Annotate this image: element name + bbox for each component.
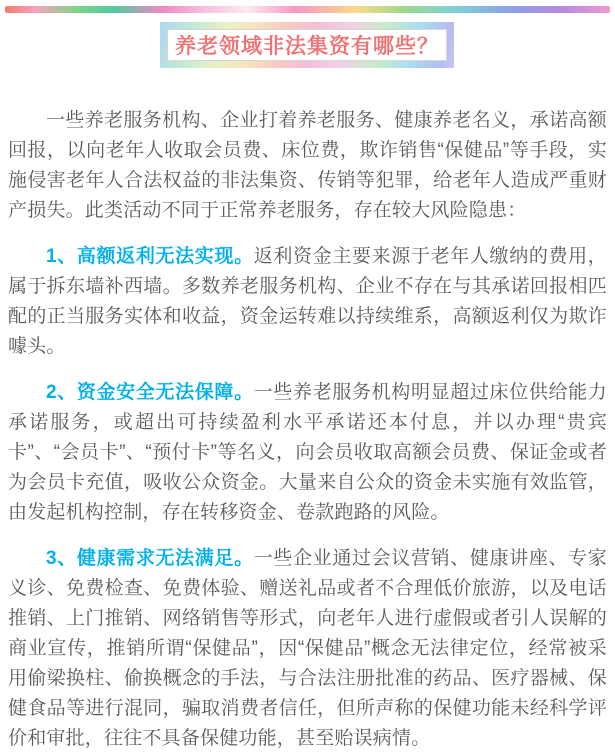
section-paragraph-3: 3、健康需求无法满足。一些企业通过会议营销、健康讲座、专家义诊、免费检查、免费体… (8, 544, 607, 754)
article-body: 一些养老服务机构、企业打着养老服务、健康养老名义，承诺高额回报，以向老年人收取会… (8, 68, 607, 754)
article-page: 养老领域非法集资有哪些？ 一些养老服务机构、企业打着养老服务、健康养老名义，承诺… (0, 0, 615, 755)
section-body-3: 一些企业通过会议营销、健康讲座、专家义诊、免费检查、免费体验、赠送礼品或者不合理… (8, 548, 607, 749)
section-heading-2: 2、资金安全无法保障。 (46, 382, 254, 403)
section-paragraph-2: 2、资金安全无法保障。一些养老服务机构明显超过床位供给能力承诺服务，或超出可持续… (8, 378, 607, 528)
rainbow-divider-bar (5, 6, 610, 13)
title-box-inner: 养老领域非法集资有哪些？ (167, 29, 447, 61)
section-heading-3: 3、健康需求无法满足。 (46, 548, 254, 569)
title-box: 养老领域非法集资有哪些？ (160, 22, 454, 68)
section-body-2: 一些养老服务机构明显超过床位供给能力承诺服务，或超出可持续盈利水平承诺还本付息，… (8, 382, 607, 523)
page-title: 养老领域非法集资有哪些？ (175, 30, 439, 60)
section-heading-1: 1、高额返利无法实现。 (46, 246, 254, 267)
section-paragraph-1: 1、高额返利无法实现。返利资金主要来源于老年人缴纳的费用，属于拆东墙补西墙。多数… (8, 242, 607, 362)
intro-paragraph: 一些养老服务机构、企业打着养老服务、健康养老名义，承诺高额回报，以向老年人收取会… (8, 106, 607, 226)
